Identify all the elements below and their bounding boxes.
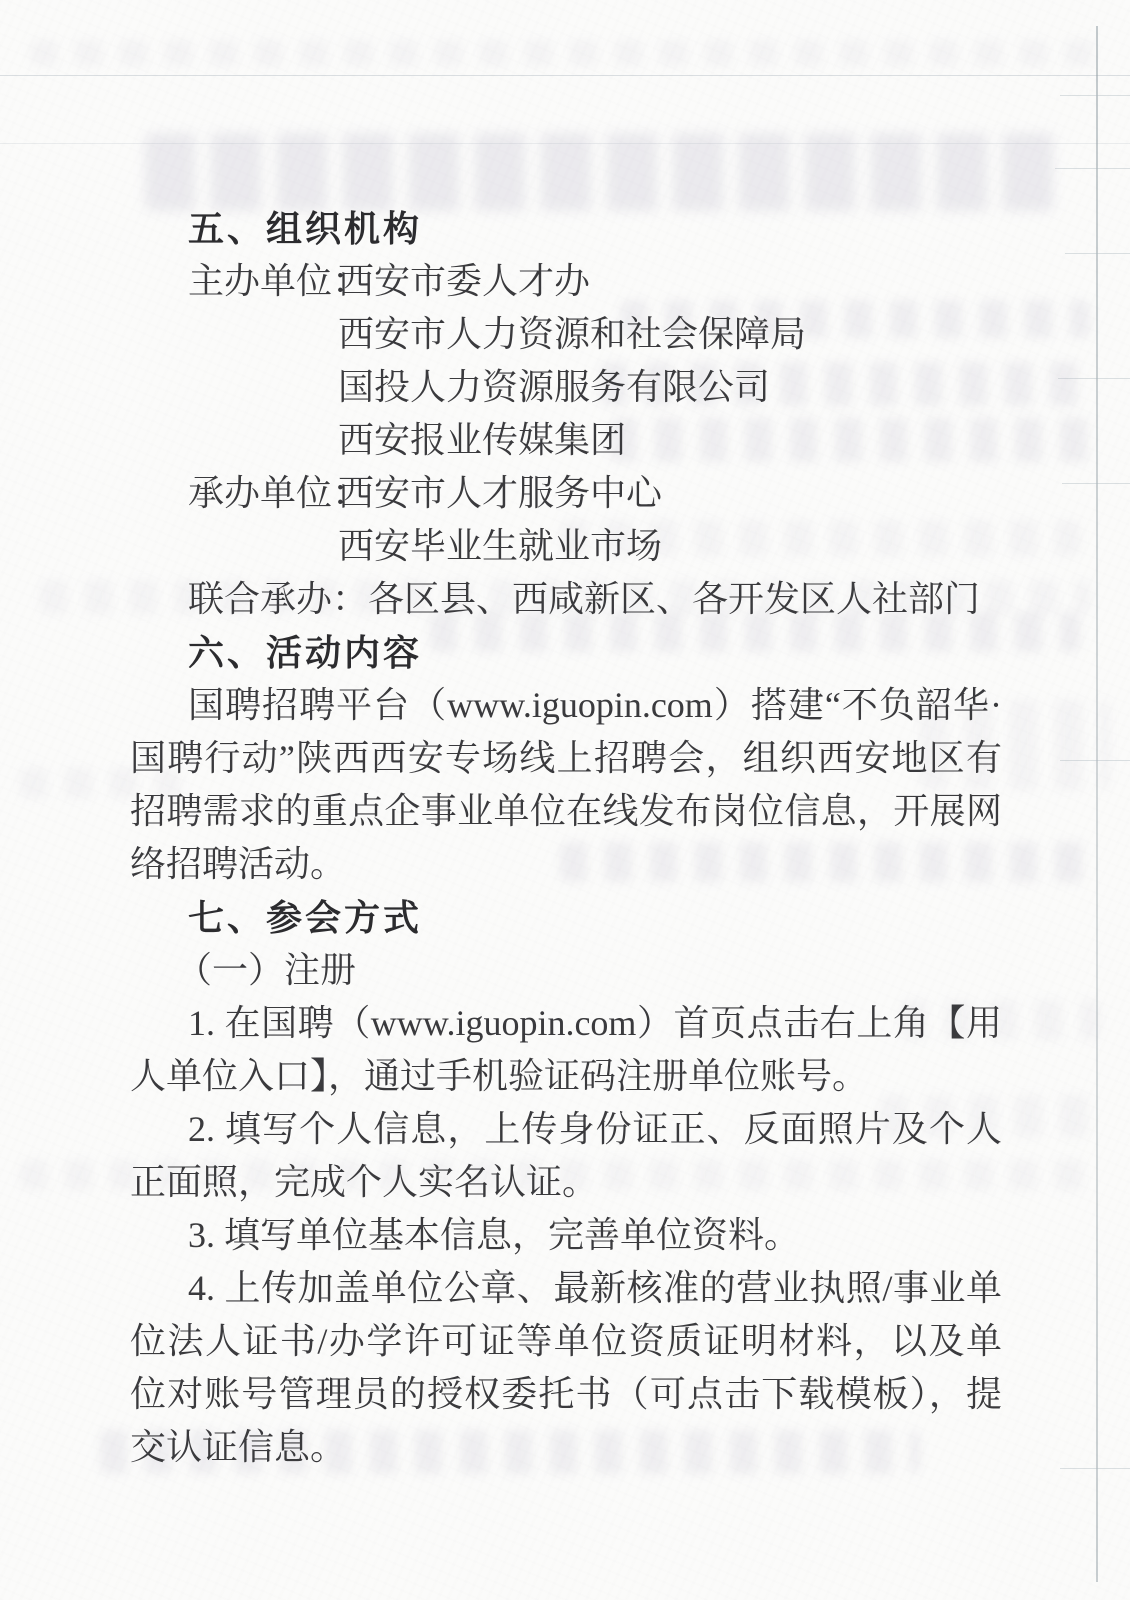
- bleed-through-artifact: [145, 133, 1055, 211]
- organizer-name: 西安市委人才办: [338, 255, 1002, 308]
- organizer-name: 西安市人才服务中心: [338, 467, 1002, 520]
- scan-edge-line: [1096, 26, 1098, 1582]
- sub-heading: （一）注册: [130, 944, 1002, 997]
- body-line: 联合承办：各区县、西咸新区、各开发区人社部门: [130, 573, 1002, 626]
- body-paragraph: 4. 上传加盖单位公章、最新核准的营业执照/事业单位法人证书/办学许可证等单位资…: [130, 1262, 1002, 1474]
- scan-tick-mark: [1062, 483, 1130, 484]
- bleed-through-artifact: [30, 40, 1100, 66]
- body-paragraph: 3. 填写单位基本信息，完善单位资料。: [130, 1209, 1002, 1262]
- body-paragraph: 1. 在国聘（www.iguopin.com）首页点击右上角【用人单位入口】，通…: [130, 997, 1002, 1103]
- organizer-block: 承办单位：西安市人才服务中心西安毕业生就业市场: [130, 467, 1002, 573]
- organizer-name: 西安市人力资源和社会保障局: [338, 308, 1002, 361]
- scan-tick-mark: [1060, 760, 1130, 761]
- organizer-label: 承办单位：: [188, 467, 368, 520]
- scan-tick-mark: [1060, 1468, 1130, 1469]
- scan-fold-line: [0, 143, 1130, 144]
- organizer-name: 国投人力资源服务有限公司: [338, 361, 1002, 414]
- document-body: 五、组织机构主办单位：西安市委人才办西安市人力资源和社会保障局国投人力资源服务有…: [130, 202, 1002, 1474]
- scan-tick-mark: [1058, 378, 1130, 379]
- organizer-label: 主办单位：: [188, 255, 368, 308]
- scan-tick-mark: [1055, 168, 1130, 169]
- scanned-document-page: 五、组织机构主办单位：西安市委人才办西安市人力资源和社会保障局国投人力资源服务有…: [0, 0, 1130, 1600]
- body-paragraph: 国聘招聘平台（www.iguopin.com）搭建“不负韶华·国聘行动”陕西西安…: [130, 679, 1002, 891]
- organizer-name: 西安报业传媒集团: [338, 414, 1002, 467]
- scan-tick-mark: [1065, 253, 1130, 254]
- organizer-block: 主办单位：西安市委人才办西安市人力资源和社会保障局国投人力资源服务有限公司西安报…: [130, 255, 1002, 467]
- section-heading: 七、参会方式: [130, 891, 1002, 944]
- scan-fold-line: [0, 75, 1130, 76]
- section-heading: 五、组织机构: [130, 202, 1002, 255]
- organizer-name: 西安毕业生就业市场: [338, 520, 1002, 573]
- body-paragraph: 2. 填写个人信息，上传身份证正、反面照片及个人正面照，完成个人实名认证。: [130, 1103, 1002, 1209]
- scan-tick-mark: [1060, 95, 1130, 96]
- section-heading: 六、活动内容: [130, 626, 1002, 679]
